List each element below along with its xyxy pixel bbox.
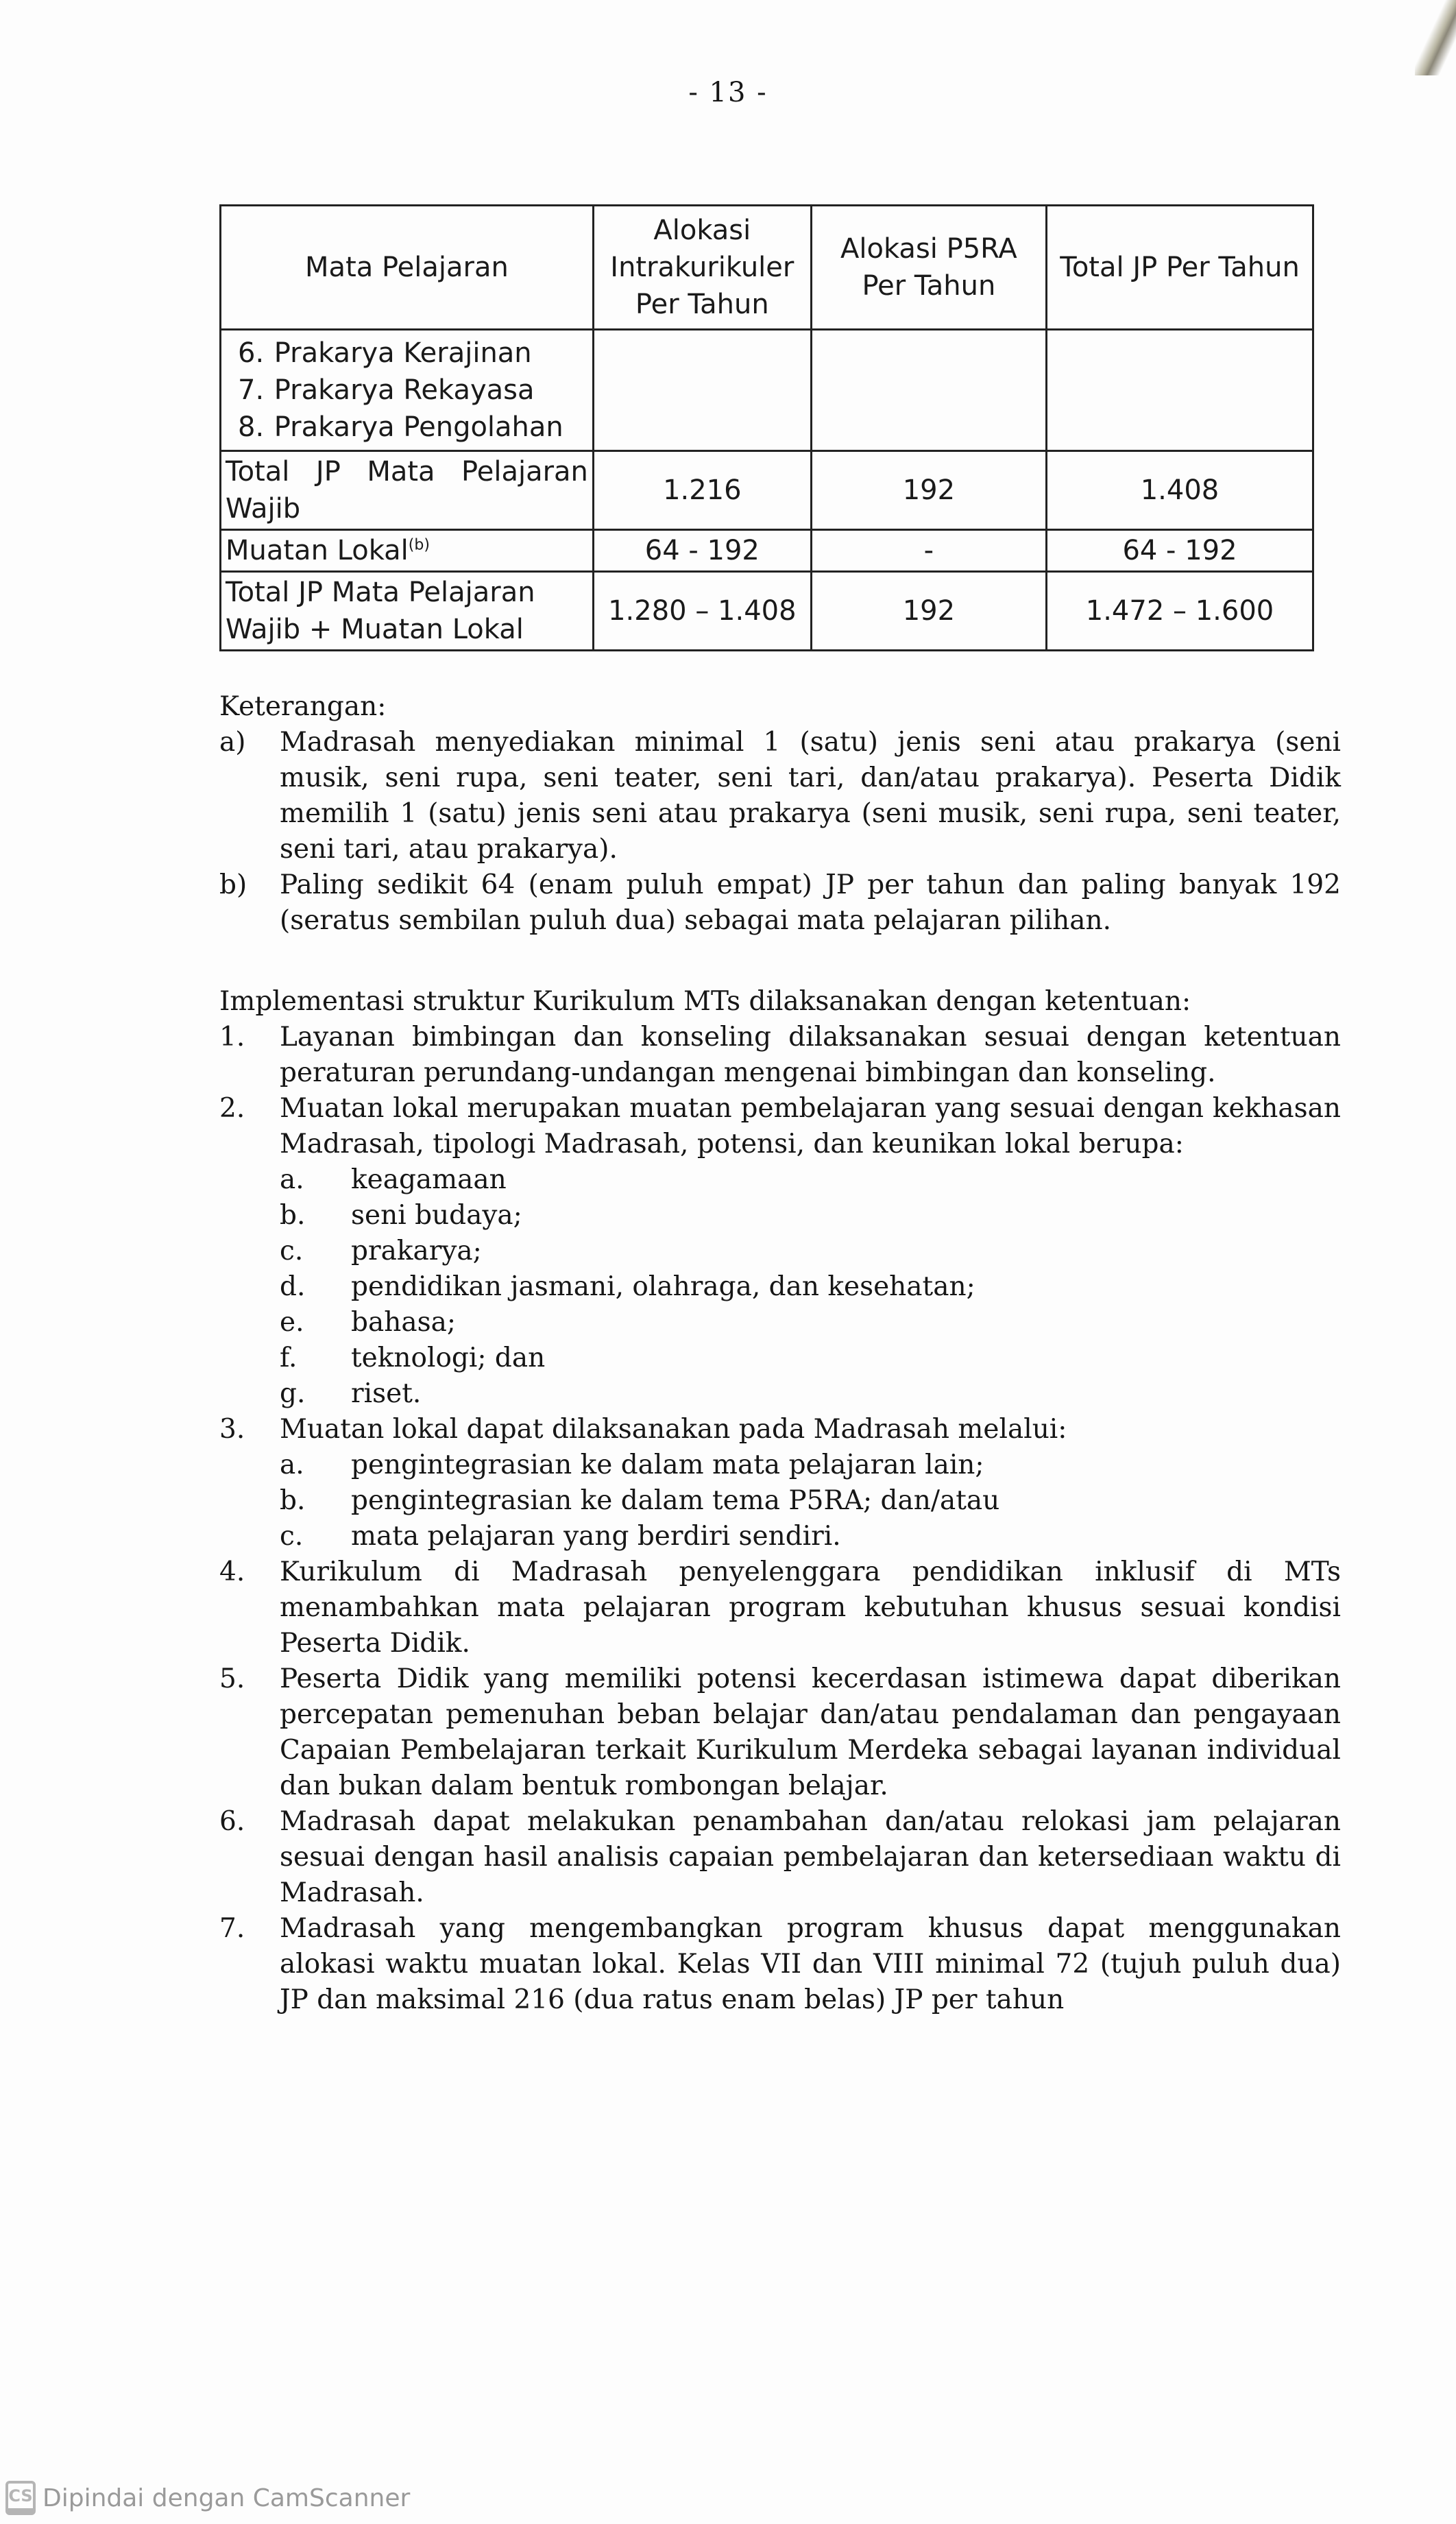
implementation-item: 3.Muatan lokal dapat dilaksanakan pada M… [219,1412,1341,1447]
subject-cell: Total JP Mata Pelajaran Wajib + Muatan L… [221,572,594,651]
sub-item: b.seni budaya; [280,1198,1341,1234]
item-number: 4. [219,1554,280,1661]
allocation-table: Mata Pelajaran Alokasi Intrakurikuler Pe… [219,204,1314,651]
item-text: Muatan lokal merupakan muatan pembelajar… [280,1091,1341,1162]
page-number: - 13 - [0,77,1456,108]
p5ra-cell: 192 [811,572,1046,651]
implementation-section: Implementasi struktur Kurikulum MTs dila… [219,984,1341,2018]
intrakurikuler-cell: 1.216 [593,451,811,530]
item-text: Layanan bimbingan dan konseling dilaksan… [280,1020,1341,1091]
notes-section: Keterangan: a) Madrasah menyediakan mini… [219,689,1341,939]
notes-title: Keterangan: [219,689,1341,725]
watermark-label: Dipindai dengan CamScanner [43,2484,410,2512]
item-text: Muatan lokal dapat dilaksanakan pada Mad… [280,1412,1341,1447]
sub-item-letter: c. [280,1519,351,1554]
sub-item: a.keagamaan [280,1162,1341,1198]
sub-item-text: mata pelajaran yang berdiri sendiri. [351,1519,841,1554]
sub-item-text: riset. [351,1376,421,1412]
sub-item-text: teknologi; dan [351,1341,545,1376]
item-number: 3. [219,1412,280,1447]
note-item: b) Paling sedikit 64 (enam puluh empat) … [219,867,1341,939]
item-number: 1. [219,1020,280,1091]
item-number: 5. [219,1661,280,1804]
empty-cell [1047,330,1313,451]
empty-cell [593,330,811,451]
table-row: Total JP Mata Pelajaran Wajib 1.216 192 … [221,451,1313,530]
sub-item-letter: e. [280,1305,351,1341]
p5ra-cell: - [811,530,1046,572]
camscanner-logo-icon: CS [5,2481,36,2515]
subject-cell: Total JP Mata Pelajaran Wajib [221,451,594,530]
intrakurikuler-cell: 1.280 – 1.408 [593,572,811,651]
sub-item-letter: f. [280,1341,351,1376]
footnote-marker: (b) [409,537,430,554]
item-number: 2. [219,1091,280,1162]
sub-item-text: pengintegrasian ke dalam tema P5RA; dan/… [351,1483,999,1519]
total-cell: 64 - 192 [1047,530,1313,572]
item-text: Peserta Didik yang memiliki potensi kece… [280,1661,1341,1804]
scan-edge-artifact [1415,0,1456,75]
item-text: Madrasah yang mengembangkan program khus… [280,1911,1341,2018]
continued-subjects-cell: 6. Prakarya Kerajinan 7. Prakarya Rekaya… [221,330,594,451]
implementation-item: 5.Peserta Didik yang memiliki potensi ke… [219,1661,1341,1804]
implementation-item: 4.Kurikulum di Madrasah penyelenggara pe… [219,1554,1341,1661]
implementation-intro: Implementasi struktur Kurikulum MTs dila… [219,984,1341,1020]
sub-item-letter: b. [280,1198,351,1234]
sub-item: e.bahasa; [280,1305,1341,1341]
implementation-item: 1.Layanan bimbingan dan konseling dilaks… [219,1020,1341,1091]
sub-item: c.mata pelajaran yang berdiri sendiri. [280,1519,1341,1554]
note-text: Madrasah menyediakan minimal 1 (satu) je… [280,725,1341,867]
empty-cell [811,330,1046,451]
sub-item: b.pengintegrasian ke dalam tema P5RA; da… [280,1483,1341,1519]
sub-item-letter: d. [280,1269,351,1305]
implementation-list: 1.Layanan bimbingan dan konseling dilaks… [219,1020,1341,2018]
item-text: Kurikulum di Madrasah penyelenggara pend… [280,1554,1341,1661]
item-text: Madrasah dapat melakukan penambahan dan/… [280,1804,1341,1911]
sub-item-letter: g. [280,1376,351,1412]
item-number: 6. [219,1804,280,1911]
sub-item-text: seni budaya; [351,1198,522,1234]
list-item: 6. Prakarya Kerajinan [238,335,588,372]
sub-item-letter: a. [280,1447,351,1483]
implementation-item: 7.Madrasah yang mengembangkan program kh… [219,1911,1341,2018]
sub-item: d.pendidikan jasmani, olahraga, dan kese… [280,1269,1341,1305]
header-intrakurikuler: Alokasi Intrakurikuler Per Tahun [593,206,811,330]
sub-item: c.prakarya; [280,1234,1341,1269]
header-p5ra: Alokasi P5RA Per Tahun [811,206,1046,330]
sub-item: g.riset. [280,1376,1341,1412]
note-item: a) Madrasah menyediakan minimal 1 (satu)… [219,725,1341,867]
total-cell: 1.408 [1047,451,1313,530]
total-cell: 1.472 – 1.600 [1047,572,1313,651]
table-row: Muatan Lokal(b) 64 - 192 - 64 - 192 [221,530,1313,572]
header-total-jp: Total JP Per Tahun [1047,206,1313,330]
sub-item-letter: b. [280,1483,351,1519]
implementation-item: 6.Madrasah dapat melakukan penambahan da… [219,1804,1341,1911]
subject-cell: Muatan Lokal(b) [221,530,594,572]
prakarya-list: 6. Prakarya Kerajinan 7. Prakarya Rekaya… [226,332,588,448]
sub-item-text: pendidikan jasmani, olahraga, dan keseha… [351,1269,975,1305]
sub-item-letter: a. [280,1162,351,1198]
sub-item-text: keagamaan [351,1162,507,1198]
implementation-item: 2.Muatan lokal merupakan muatan pembelaj… [219,1091,1341,1162]
list-item: 7. Prakarya Rekayasa [238,372,588,409]
sub-item-text: pengintegrasian ke dalam mata pelajaran … [351,1447,984,1483]
header-mata-pelajaran: Mata Pelajaran [221,206,594,330]
table-header-row: Mata Pelajaran Alokasi Intrakurikuler Pe… [221,206,1313,330]
note-mark: a) [219,725,280,867]
p5ra-cell: 192 [811,451,1046,530]
table-row-continued-subjects: 6. Prakarya Kerajinan 7. Prakarya Rekaya… [221,330,1313,451]
list-item: 8. Prakarya Pengolahan [238,409,588,446]
sub-item: a.pengintegrasian ke dalam mata pelajara… [280,1447,1341,1483]
note-text: Paling sedikit 64 (enam puluh empat) JP … [280,867,1341,939]
sub-item-text: bahasa; [351,1305,456,1341]
sub-item: f.teknologi; dan [280,1341,1341,1376]
table-row: Total JP Mata Pelajaran Wajib + Muatan L… [221,572,1313,651]
note-mark: b) [219,867,280,939]
sub-item-letter: c. [280,1234,351,1269]
sub-item-text: prakarya; [351,1234,482,1269]
item-number: 7. [219,1911,280,2018]
camscanner-watermark: CS Dipindai dengan CamScanner [5,2481,410,2515]
intrakurikuler-cell: 64 - 192 [593,530,811,572]
